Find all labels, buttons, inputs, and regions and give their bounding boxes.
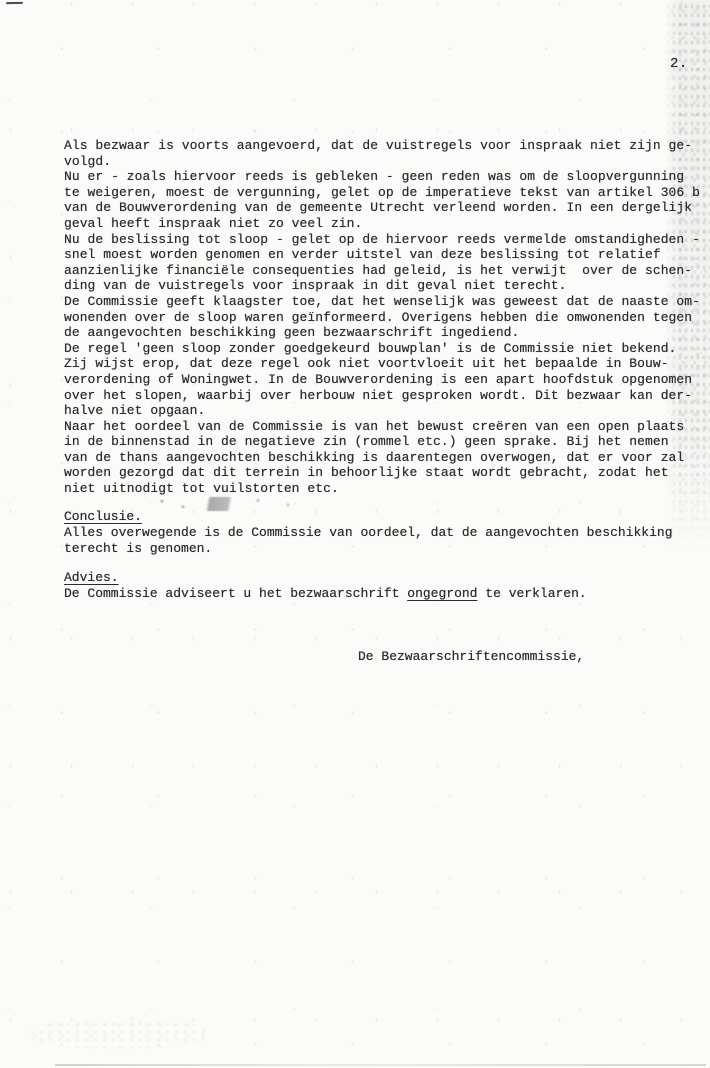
scanned-document-page: 2. Als bezwaar is voorts aangevoerd, dat… — [0, 0, 710, 1068]
scan-edge-line — [55, 1064, 706, 1066]
advies-text-prefix: De Commissie adviseert u het bezwaarschr… — [64, 586, 407, 601]
page-number: 2. — [670, 56, 688, 72]
advies-section: Advies. De Commissie adviseert u het bez… — [64, 570, 587, 602]
advies-heading: Advies. — [64, 570, 587, 586]
conclusie-heading: Conclusie. — [64, 509, 673, 525]
scan-smudge-bottom — [28, 1020, 208, 1048]
advies-text: De Commissie adviseert u het bezwaarschr… — [64, 586, 587, 602]
scan-artifact-dash — [6, 2, 23, 4]
conclusie-text: Alles overwegende is de Commissie van oo… — [64, 525, 673, 557]
conclusie-section: Conclusie. Alles overwegende is de Commi… — [64, 509, 673, 557]
advies-text-suffix: te verklaren. — [477, 586, 586, 601]
body-paragraphs: Als bezwaar is voorts aangevoerd, dat de… — [64, 138, 700, 497]
advies-underlined-word: ongegrond — [407, 586, 477, 601]
signature-line: De Bezwaarschriftencommissie, — [358, 649, 584, 664]
